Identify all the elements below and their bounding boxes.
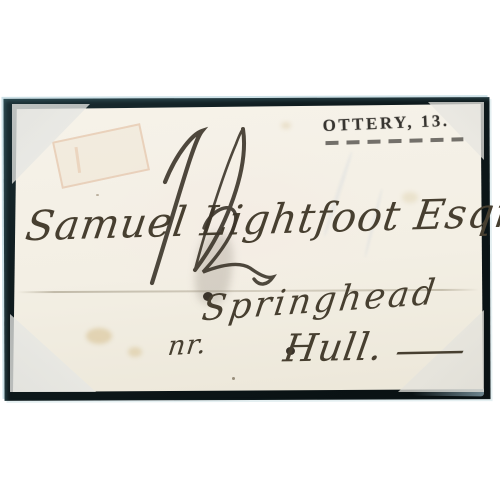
- paper-stain: [128, 347, 142, 357]
- postmark-box-bottom-line: [325, 137, 463, 145]
- town-text: Hull.: [281, 325, 387, 371]
- address-line-town: Hull.—: [281, 324, 438, 371]
- address-near-abbreviation: nr.: [166, 329, 209, 362]
- paper-stain: [86, 328, 112, 344]
- postal-cover-photograph: OTTERY, 13. Samuel Lightfoot Esqre Sprin…: [0, 0, 500, 500]
- manuscript-rate-marking: [133, 118, 293, 310]
- paper-speck: [232, 377, 235, 380]
- paper-speck: [96, 194, 99, 196]
- faint-mark-stroke: [75, 147, 82, 173]
- ottery-boxed-handstamp: OTTERY, 13.: [322, 110, 473, 154]
- flourish-dash: —: [391, 327, 472, 372]
